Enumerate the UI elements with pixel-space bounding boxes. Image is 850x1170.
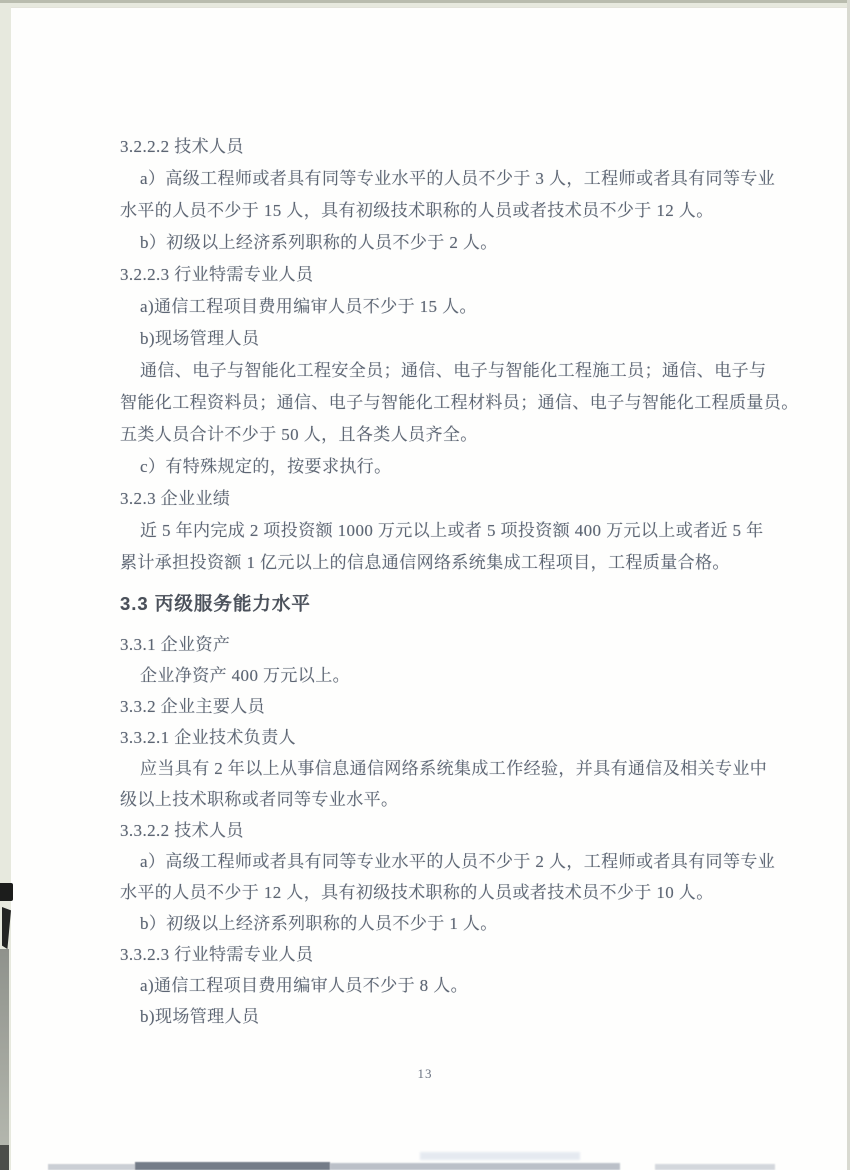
text-line: 3.3.2.3 行业特需专业人员 (120, 939, 745, 970)
scan-artifact-bottom-band (330, 1163, 620, 1170)
text-line: 通信、电子与智能化工程安全员；通信、电子与智能化工程施工员；通信、电子与 (120, 355, 745, 387)
scan-artifact-corner (0, 1145, 9, 1170)
text-line: 水平的人员不少于 12 人，具有初级技术职称的人员或者技术员不少于 10 人。 (120, 877, 745, 908)
text-line: 企业净资产 400 万元以上。 (120, 660, 745, 691)
text-line: b)现场管理人员 (120, 323, 745, 355)
page-number: 13 (0, 1066, 850, 1086)
text-line: 3.3.1 企业资产 (120, 629, 745, 660)
scan-artifact-black-wedge (2, 907, 11, 949)
text-line: 3.3.2.2 技术人员 (120, 815, 745, 846)
scan-artifact-bottom-band (135, 1162, 330, 1170)
scanned-page: 3.2.2.2 技术人员a）高级工程师或者具有同等专业水平的人员不少于 3 人，… (0, 0, 850, 1170)
text-line: 3.2.2.2 技术人员 (120, 131, 745, 163)
scan-artifact-edge-strip (0, 949, 9, 1145)
text-line: 3.2.2.3 行业特需专业人员 (120, 259, 745, 291)
text-line: a)通信工程项目费用编审人员不少于 8 人。 (120, 970, 745, 1001)
text-line: 3.3.2.1 企业技术负责人 (120, 722, 745, 753)
scan-artifact-bottom-band (655, 1164, 775, 1170)
text-line: 累计承担投资额 1 亿元以上的信息通信网络系统集成工程项目，工程质量合格。 (120, 547, 745, 579)
text-line: b）初级以上经济系列职称的人员不少于 2 人。 (120, 227, 745, 259)
text-line: c）有特殊规定的，按要求执行。 (120, 451, 745, 483)
text-line: a）高级工程师或者具有同等专业水平的人员不少于 3 人，工程师或者具有同等专业 (120, 163, 745, 195)
text-line: b）初级以上经济系列职称的人员不少于 1 人。 (120, 908, 745, 939)
scan-artifact-black-mark (0, 883, 13, 901)
text-line: 3.2.3 企业业绩 (120, 483, 745, 515)
text-line: 智能化工程资料员；通信、电子与智能化工程材料员；通信、电子与智能化工程质量员。 (120, 387, 745, 419)
text-line: 五类人员合计不少于 50 人，且各类人员齐全。 (120, 419, 745, 451)
scan-artifact-smudge (420, 1152, 580, 1160)
text-line: 应当具有 2 年以上从事信息通信网络系统集成工作经验，并具有通信及相关专业中 (120, 753, 745, 784)
document-body: 3.2.2.2 技术人员a）高级工程师或者具有同等专业水平的人员不少于 3 人，… (120, 131, 745, 1032)
text-line: a）高级工程师或者具有同等专业水平的人员不少于 2 人，工程师或者具有同等专业 (120, 846, 745, 877)
scan-top-edge (0, 0, 850, 3)
text-line: b)现场管理人员 (120, 1001, 745, 1032)
text-line: 级以上技术职称或者同等专业水平。 (120, 784, 745, 815)
text-line: 3.3.2 企业主要人员 (120, 691, 745, 722)
text-line: 水平的人员不少于 15 人，具有初级技术职称的人员或者技术员不少于 12 人。 (120, 195, 745, 227)
section-heading: 3.3 丙级服务能力水平 (120, 587, 745, 621)
scan-artifact-bottom-band (48, 1164, 135, 1170)
text-line: a)通信工程项目费用编审人员不少于 15 人。 (120, 291, 745, 323)
text-line: 近 5 年内完成 2 项投资额 1000 万元以上或者 5 项投资额 400 万… (120, 515, 745, 547)
